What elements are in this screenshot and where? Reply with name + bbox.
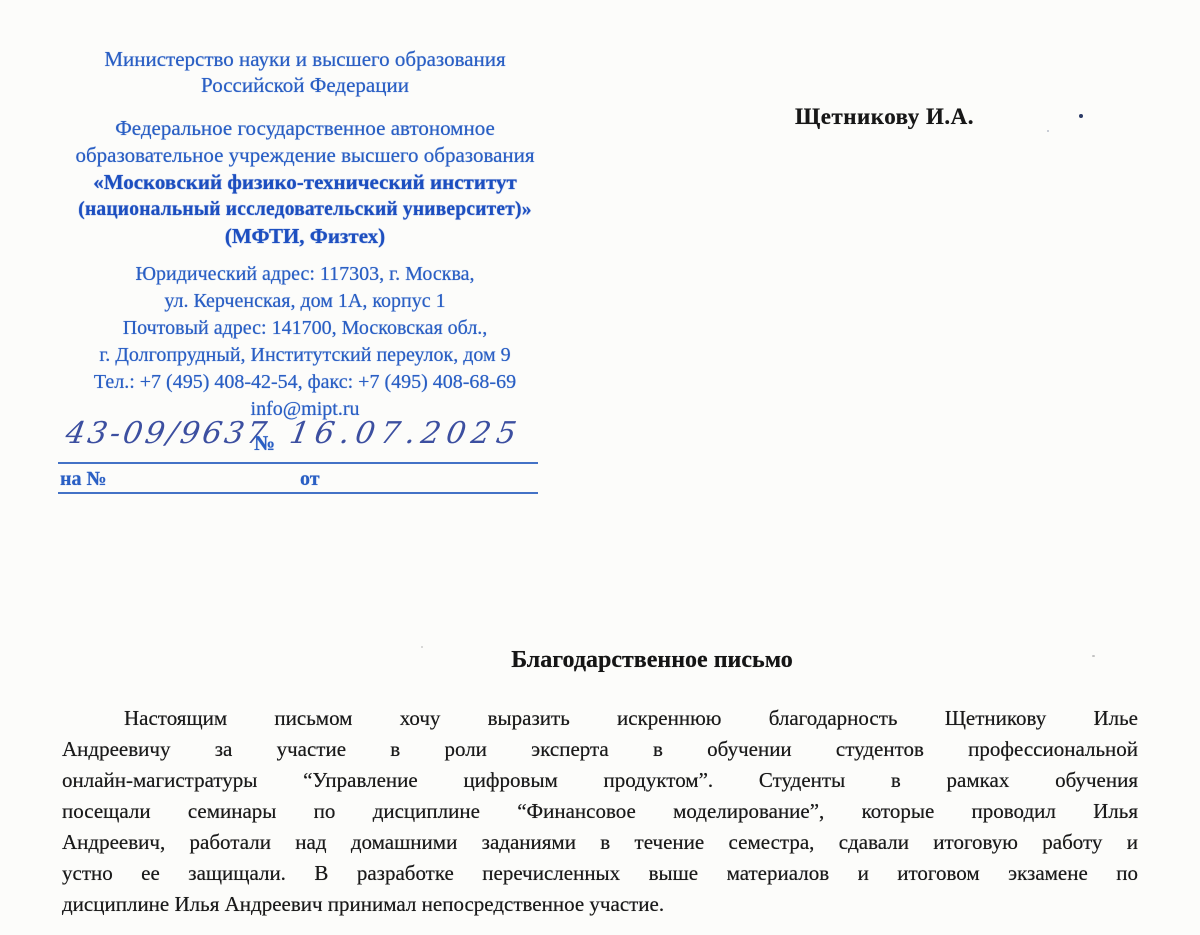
letter-title: Благодарственное письмо xyxy=(62,647,1138,674)
reply-to-number-label: на № xyxy=(60,468,107,491)
phone-fax-line: Тел.: +7 (495) 408-42-54, факс: +7 (495)… xyxy=(40,369,570,396)
body-line: Настоящим письмом хочу выразить искренню… xyxy=(62,703,1138,734)
body-line: онлайн-магистратуры “Управление цифровым… xyxy=(62,765,1138,796)
scan-speck xyxy=(1079,114,1083,118)
reply-reference-row: на № от xyxy=(58,464,538,492)
from-date-label: от xyxy=(300,468,320,491)
scan-speck xyxy=(421,646,423,648)
legal-address-line: Юридический адрес: 117303, г. Москва, xyxy=(40,261,570,288)
scan-speck xyxy=(1092,655,1095,657)
letterhead: Министерство науки и высшего образования… xyxy=(40,46,570,423)
body-line: посещали семинары по дисциплине “Финансо… xyxy=(62,796,1138,827)
number-sign-label: № xyxy=(254,431,275,456)
body-line: устно ее защищали. В разработке перечисл… xyxy=(62,858,1138,889)
reference-underline xyxy=(58,492,538,494)
organization-block: Федеральное государственное автономное о… xyxy=(40,115,570,250)
org-short-name-line: (МФТИ, Физтех) xyxy=(40,223,570,250)
scan-speck xyxy=(1047,130,1049,132)
ministry-block: Министерство науки и высшего образования… xyxy=(40,46,570,98)
org-name-line: «Московский физико-технический институт xyxy=(40,169,570,196)
org-name-line: (национальный исследовательский универси… xyxy=(40,196,570,223)
addressee-name: Щетникову И.А. xyxy=(795,104,974,130)
postal-address-line: г. Долгопрудный, Институтский переулок, … xyxy=(40,342,570,369)
org-type-line: Федеральное государственное автономное xyxy=(40,115,570,142)
body-line: Андреевич, работали над домашними задани… xyxy=(62,827,1138,858)
handwritten-date: 16.07.2025 xyxy=(287,416,525,451)
postal-address-line: Почтовый адрес: 141700, Московская обл., xyxy=(40,315,570,342)
ministry-line: Министерство науки и высшего образования xyxy=(40,46,570,72)
handwritten-outgoing-number: 43-09/9637 xyxy=(63,416,272,451)
letter-body: Настоящим письмом хочу выразить искренню… xyxy=(62,703,1138,920)
reference-number-row: 43-09/9637 № 16.07.2025 xyxy=(58,416,538,462)
reference-block: 43-09/9637 № 16.07.2025 на № от xyxy=(58,416,538,494)
legal-address-line: ул. Керченская, дом 1А, корпус 1 xyxy=(40,288,570,315)
ministry-line: Российской Федерации xyxy=(40,72,570,98)
org-type-line: образовательное учреждение высшего образ… xyxy=(40,142,570,169)
body-line: Андреевичу за участие в роли эксперта в … xyxy=(62,734,1138,765)
document-page: Министерство науки и высшего образования… xyxy=(0,0,1200,935)
address-block: Юридический адрес: 117303, г. Москва, ул… xyxy=(40,261,570,423)
body-line: дисциплине Илья Андреевич принимал непос… xyxy=(62,889,1138,920)
